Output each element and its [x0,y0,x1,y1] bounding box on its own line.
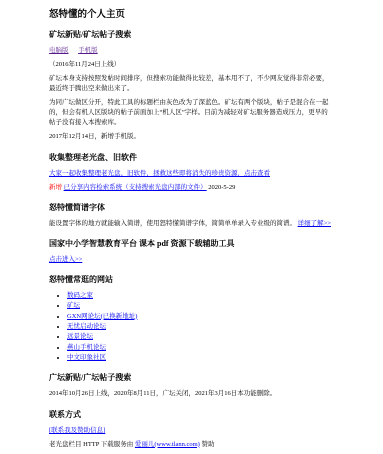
list-item: 中文印象社区 [67,353,334,363]
old-discs-link-row: 大家一起收集整理老光盘、旧软件，拯救这些即将消失的珍贵资源，点击查看 [49,169,334,179]
site-link-gxn-forum[interactable]: GXN网论坛(已换新地址) [67,313,137,320]
textbook-enter-link[interactable]: 点击进入>> [49,256,82,263]
sponsor-site-link[interactable]: 爱丽儿(www.tlann.com) [135,441,200,448]
old-discs-collect-link[interactable]: 大家一起收集整理老光盘、旧软件，拯救这些即将消失的珍贵资源，点击查看 [49,170,270,177]
jianpu-paragraph: 能设置字体的地方就能输入简谱，使用怒特懂简谱字体，简简单单录入专业级的简谱。 详… [49,219,334,229]
kuangtan-paragraph-1: 矿坛本身支持按照发帖时间排序，但搜索功能做得比较差，基本用不了，不少网友觉得非常… [49,74,334,94]
disc-search-date: 2020-5-29 [208,184,235,191]
jianpu-paragraph-text: 能设置字体的地方就能输入简谱，使用怒特懂简谱字体，简简单单录入专业级的简谱。 [49,220,296,227]
site-link-kuangtan[interactable]: 矿坛 [67,302,80,309]
launch-date-note: （2016年11月24日上线） [49,60,334,70]
site-link-wuyou-forum[interactable]: 无忧启动论坛 [67,323,106,330]
disc-content-search-link[interactable]: 已分享内容检索系统（支持搜索光盘内部的文件） [64,184,207,191]
list-item: 远景论坛 [67,332,334,342]
list-item: GXN网论坛(已换新地址) [67,312,334,322]
guangtan-paragraph: 2014年10月26日上线，2020年8月11日，广坛关闭，2021年3月16日… [49,389,334,399]
site-link-yanshan-forum[interactable]: 燕山手机论坛 [67,344,106,351]
section-heading-jianpu-font: 怒特懂简谱字体 [49,202,334,213]
old-discs-new-row: 新增 已分享内容检索系统（支持搜索光盘内部的文件） 2020-5-29 [49,183,334,193]
favorite-sites-list: 数码之家 矿坛 GXN网论坛(已换新地址) 无忧启动论坛 远景论坛 燕山手机论坛… [49,291,334,364]
section-heading-old-discs: 收集整理老光盘、旧软件 [49,152,334,163]
pc-version-link[interactable]: 电脑版 [49,47,69,54]
section-heading-guangtan-search: 广坛新贴/广坛帖子搜索 [49,372,334,383]
new-label: 新增 [49,184,62,191]
list-item: 无忧启动论坛 [67,322,334,332]
kuangtan-paragraph-2: 为同广坛做区分开，特此工具的标题栏由灰色改为了深蓝色。矿坛有两个版块，帖子是混合… [49,98,334,128]
site-link-yuanjing-forum[interactable]: 远景论坛 [67,333,93,340]
list-item: 燕山手机论坛 [67,343,334,353]
sponsor-line: 老光盘栏目 HTTP 下载服务由 爱丽儿(www.tlann.com) 赞助 [49,440,334,450]
section-heading-kuangtan-search: 矿坛新贴/矿坛帖子搜索 [49,29,334,40]
jianpu-detail-link[interactable]: 详细了解>> [298,220,331,227]
version-links-row: 电脑版 手机版 [49,46,334,56]
sponsor-suffix-text: 赞助 [201,441,214,448]
contact-link-row: [联系我及赞助信息] [49,426,334,436]
site-link-shumazhijia[interactable]: 数码之家 [67,292,93,299]
kuangtan-paragraph-3: 2017年12月14日，新增手机版。 [49,132,334,142]
site-link-zhongwen-community[interactable]: 中文印象社区 [67,354,106,361]
section-heading-favorite-sites: 怒特懂常逛的网站 [49,274,334,285]
sponsor-prefix-text: 老光盘栏目 HTTP 下载服务由 [49,441,135,448]
section-heading-textbook-tool: 国家中小学智慧教育平台 课本 pdf 资源下载辅助工具 [49,238,334,249]
list-item: 矿坛 [67,301,334,311]
personal-homepage: 怒特懂的个人主页 矿坛新贴/矿坛帖子搜索 电脑版 手机版 （2016年11月24… [49,0,334,450]
mobile-version-link[interactable]: 手机版 [78,47,98,54]
textbook-enter-row: 点击进入>> [49,255,334,265]
contact-info-link[interactable]: [联系我及赞助信息] [49,427,105,434]
list-item: 数码之家 [67,291,334,301]
page-title: 怒特懂的个人主页 [49,6,334,20]
section-heading-contact: 联系方式 [49,409,334,420]
